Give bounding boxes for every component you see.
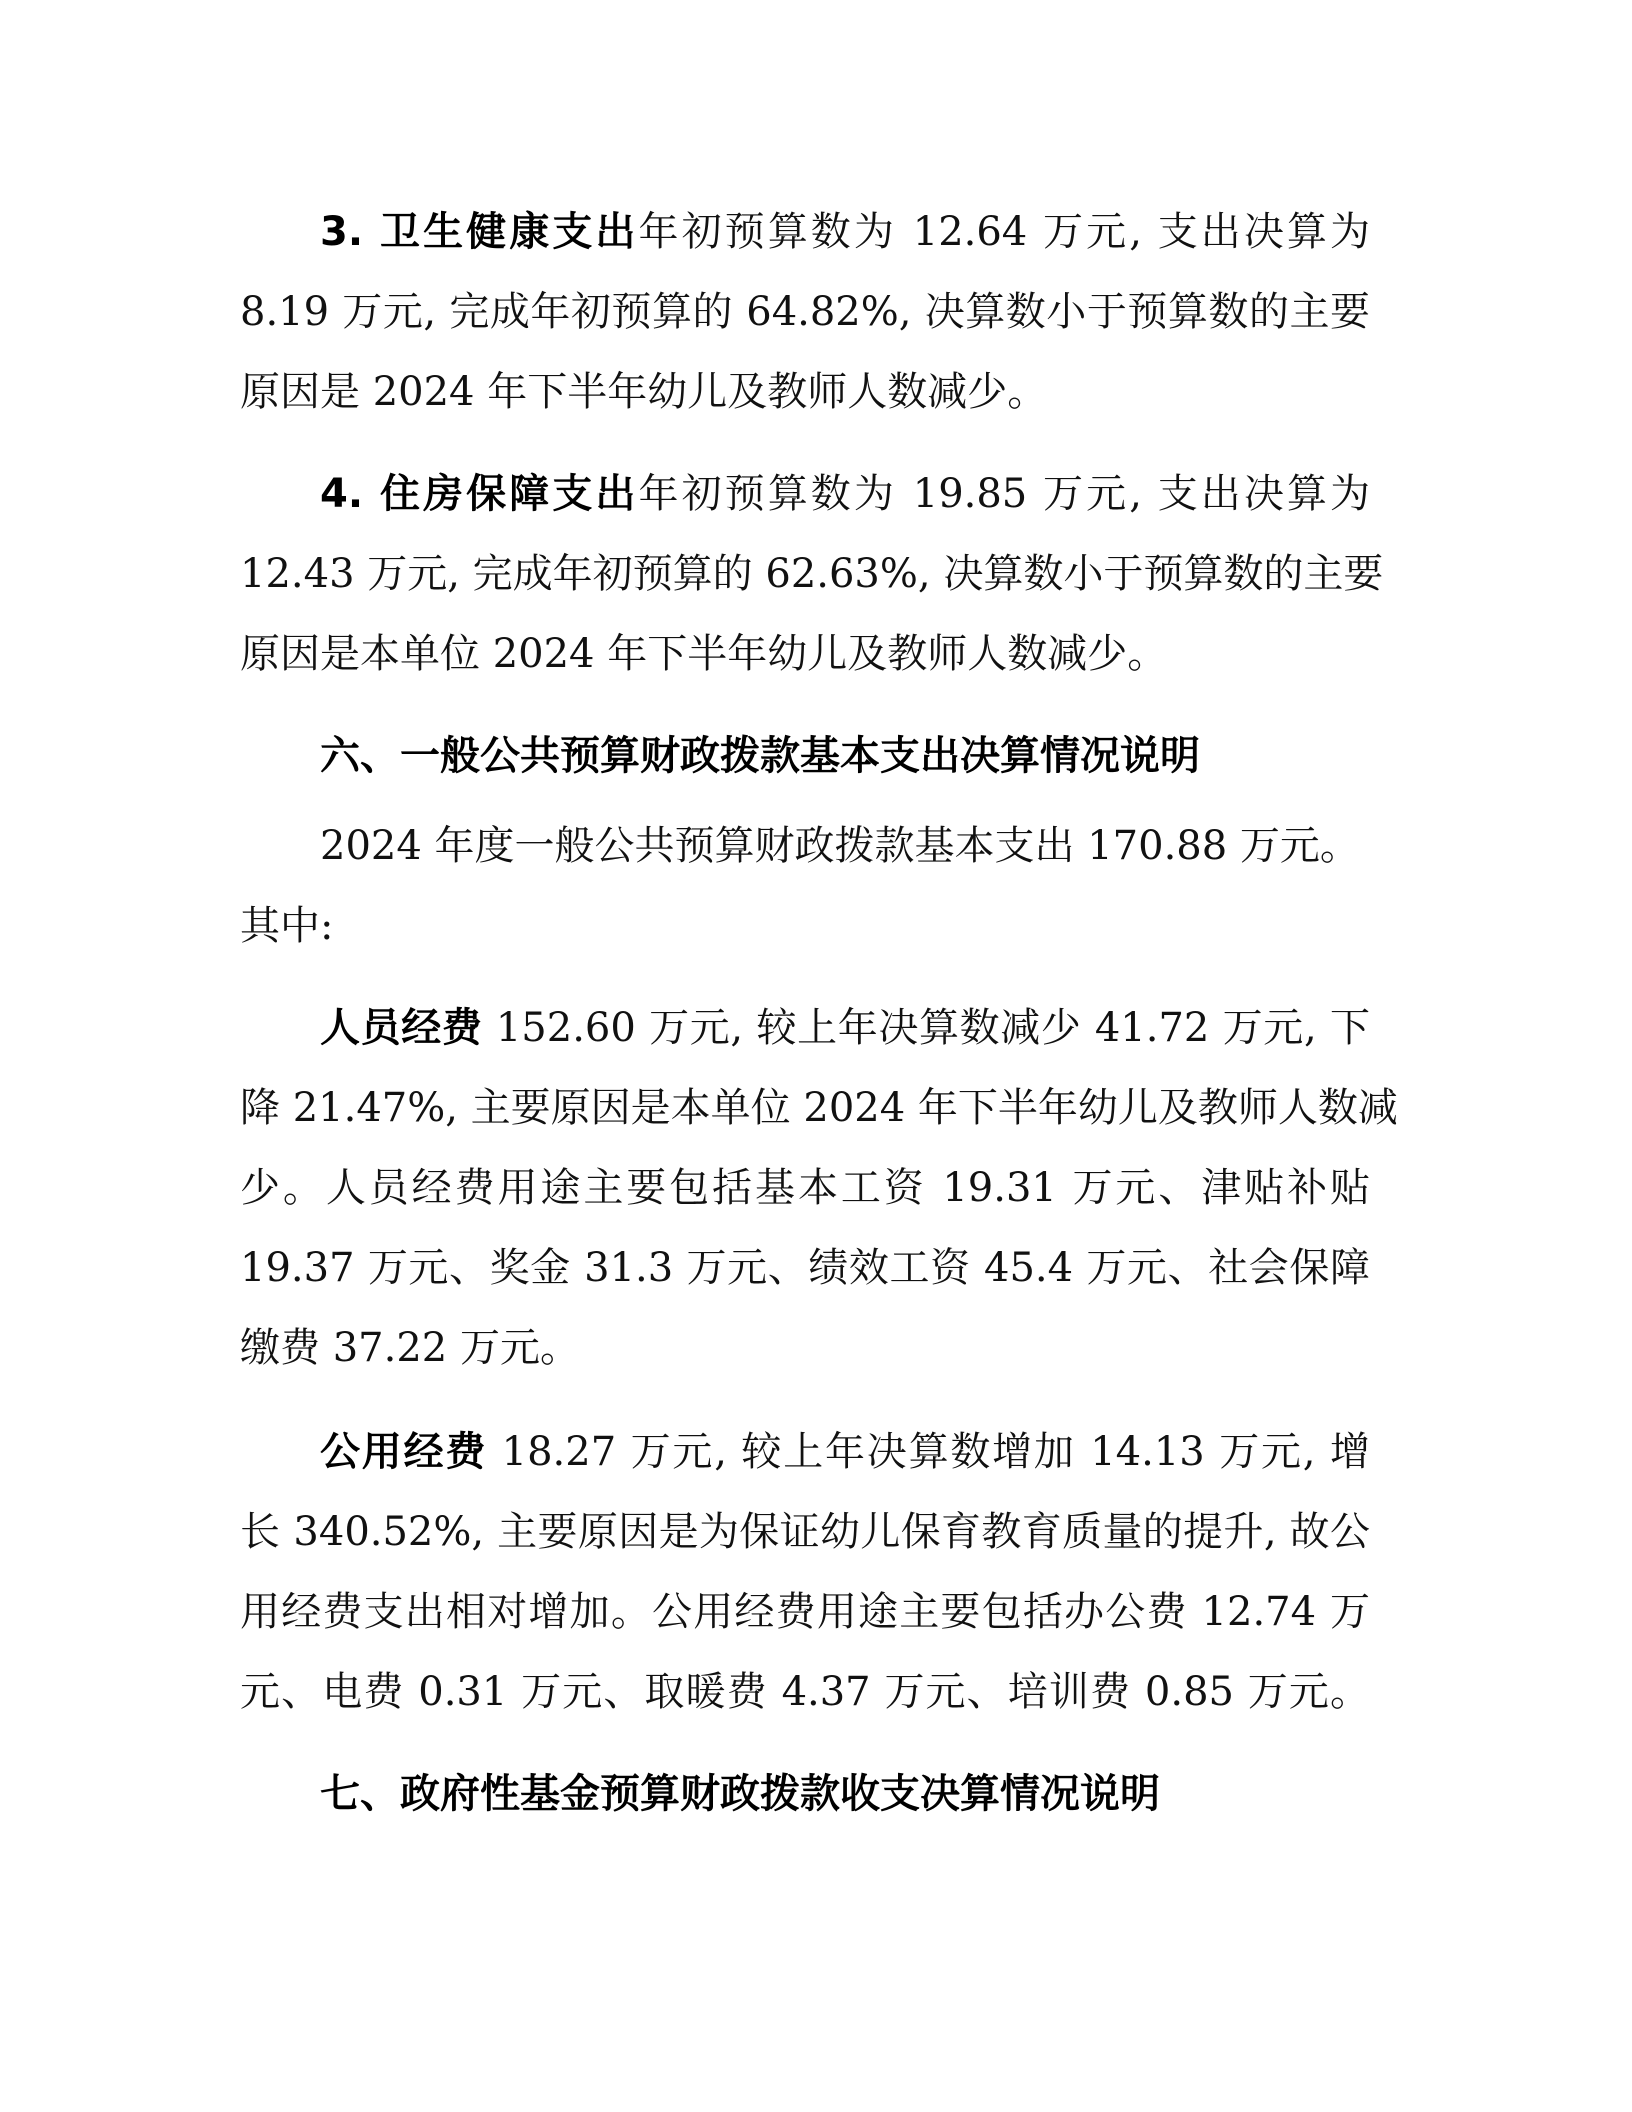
- personnel-paragraph-line-1: 人员经费 152.60 万元, 较上年决算数减少 41.72 万元, 下: [320, 1000, 1370, 1056]
- health-paragraph-line-2: 8.19 万元, 完成年初预算的 64.82%, 决算数小于预算数的主要: [240, 284, 1370, 340]
- section-6-summary-line-1: 2024 年度一般公共预算财政拨款基本支出 170.88 万元。: [320, 818, 1370, 874]
- personnel-paragraph-line-4: 19.37 万元、奖金 31.3 万元、绩效工资 45.4 万元、社会保障: [240, 1240, 1370, 1296]
- housing-lead: 4. 住房保障支出: [320, 471, 639, 517]
- section-6-summary-line-2: 其中:: [240, 898, 1370, 954]
- document-page: 3. 卫生健康支出年初预算数为 12.64 万元, 支出决算为 8.19 万元,…: [0, 0, 1632, 2112]
- housing-paragraph-line-2: 12.43 万元, 完成年初预算的 62.63%, 决算数小于预算数的主要: [240, 546, 1370, 602]
- public-lead: 公用经费: [320, 1429, 487, 1475]
- personnel-paragraph-line-2: 降 21.47%, 主要原因是本单位 2024 年下半年幼儿及教师人数减: [240, 1080, 1370, 1136]
- personnel-paragraph-line-5: 缴费 37.22 万元。: [240, 1320, 1370, 1376]
- housing-paragraph-line-1: 4. 住房保障支出年初预算数为 19.85 万元, 支出决算为: [320, 466, 1370, 522]
- public-paragraph-line-4: 元、电费 0.31 万元、取暖费 4.37 万元、培训费 0.85 万元。: [240, 1664, 1370, 1720]
- section-7-heading: 七、政府性基金预算财政拨款收支决算情况说明: [320, 1766, 1370, 1822]
- section-6-heading: 六、一般公共预算财政拨款基本支出决算情况说明: [320, 728, 1370, 784]
- public-paragraph-line-2: 长 340.52%, 主要原因是为保证幼儿保育教育质量的提升, 故公: [240, 1504, 1370, 1560]
- personnel-lead: 人员经费: [320, 1005, 483, 1051]
- personnel-paragraph-line-3: 少。人员经费用途主要包括基本工资 19.31 万元、津贴补贴: [240, 1160, 1370, 1216]
- housing-paragraph-line-3: 原因是本单位 2024 年下半年幼儿及教师人数减少。: [240, 626, 1370, 682]
- public-paragraph-line-3: 用经费支出相对增加。公用经费用途主要包括办公费 12.74 万: [240, 1584, 1370, 1640]
- health-paragraph-line-1: 3. 卫生健康支出年初预算数为 12.64 万元, 支出决算为: [320, 204, 1370, 260]
- public-paragraph-line-1: 公用经费 18.27 万元, 较上年决算数增加 14.13 万元, 增: [320, 1424, 1370, 1480]
- health-paragraph-line-3: 原因是 2024 年下半年幼儿及教师人数减少。: [240, 364, 1370, 420]
- health-lead: 3. 卫生健康支出: [320, 209, 639, 255]
